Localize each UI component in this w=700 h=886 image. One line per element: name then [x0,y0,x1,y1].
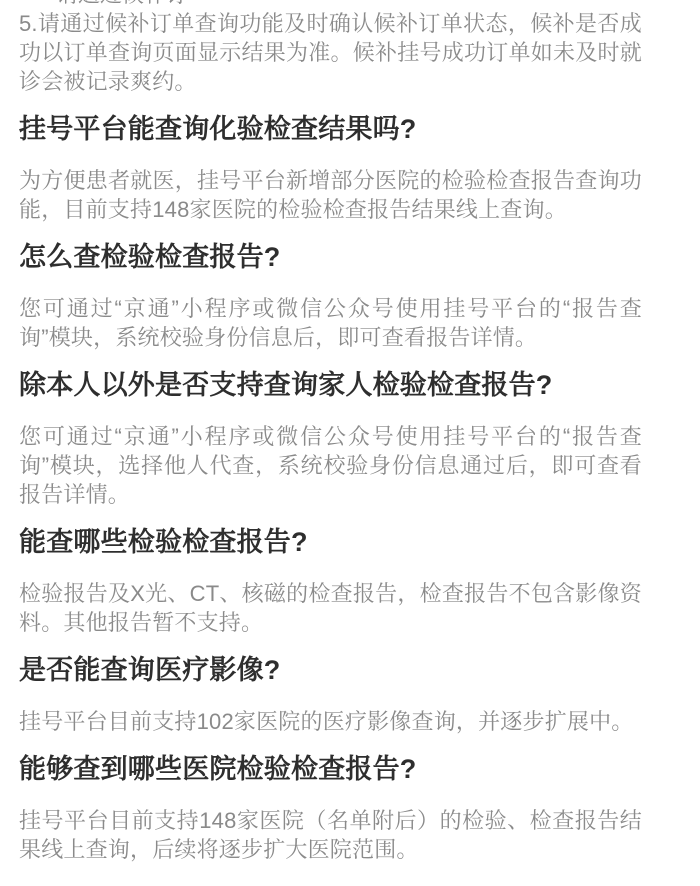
faq-question: 能够查到哪些医院检验检查报告? [19,752,642,786]
faq-answer: 为方便患者就医，挂号平台新增部分医院的检验检查报告查询功能，目前支持148家医院… [19,166,642,224]
faq-section: 除本人以外是否支持查询家人检验检查报告? 您可通过“京通”小程序或微信公众号使用… [19,368,642,509]
faq-question: 除本人以外是否支持查询家人检验检查报告? [19,368,642,402]
clipped-previous-line: 请通过候补订 [19,0,642,9]
faq-section: 能查哪些检验检查报告? 检验报告及X光、CT、核磁的检查报告，检查报告不包含影像… [19,525,642,637]
faq-section: 能够查到哪些医院检验检查报告? 挂号平台目前支持148家医院（名单附后）的检验、… [19,752,642,864]
faq-answer: 挂号平台目前支持102家医院的医疗影像查询，并逐步扩展中。 [19,707,642,736]
faq-section: 是否能查询医疗影像? 挂号平台目前支持102家医院的医疗影像查询，并逐步扩展中。 [19,653,642,736]
faq-question: 挂号平台能查询化验检查结果吗? [19,112,642,146]
clipped-text-fragment: 请通过候补订 [56,0,188,7]
faq-answer: 检验报告及X光、CT、核磁的检查报告，检查报告不包含影像资料。其他报告暂不支持。 [19,579,642,637]
faq-answer: 挂号平台目前支持148家医院（名单附后）的检验、检查报告结果线上查询，后续将逐步… [19,806,642,864]
faq-article-page: 请通过候补订 5.请通过候补订单查询功能及时确认候补订单状态，候补是否成功以订单… [0,0,700,886]
intro-paragraph: 5.请通过候补订单查询功能及时确认候补订单状态，候补是否成功以订单查询页面显示结… [19,9,642,96]
faq-answer: 您可通过“京通”小程序或微信公众号使用挂号平台的“报告查询”模块，选择他人代查，… [19,422,642,509]
faq-section: 挂号平台能查询化验检查结果吗? 为方便患者就医，挂号平台新增部分医院的检验检查报… [19,112,642,224]
faq-question: 怎么查检验检查报告? [19,240,642,274]
faq-section: 怎么查检验检查报告? 您可通过“京通”小程序或微信公众号使用挂号平台的“报告查询… [19,240,642,352]
faq-question: 能查哪些检验检查报告? [19,525,642,559]
faq-answer: 您可通过“京通”小程序或微信公众号使用挂号平台的“报告查询”模块，系统校验身份信… [19,294,642,352]
faq-question: 是否能查询医疗影像? [19,653,642,687]
